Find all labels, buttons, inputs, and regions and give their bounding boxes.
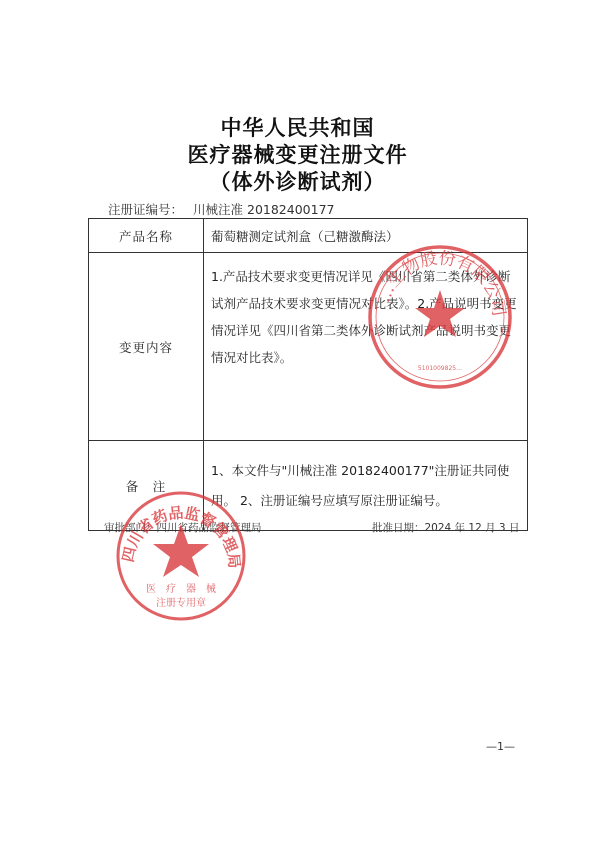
remarks-value: 1、本文件与"川械注准 20182400177"注册证共同使用。 2、注册证编号…	[204, 441, 528, 531]
title-country: 中华人民共和国	[0, 112, 595, 142]
table-row-product-name: 产品名称 葡萄糖测定试剂盒（己糖激酶法）	[89, 219, 528, 253]
change-content-label: 变更内容	[89, 253, 204, 441]
product-name-label: 产品名称	[89, 219, 204, 253]
table-row-change-content: 变更内容 1.产品技术要求变更情况详见《四川省第二类体外诊断试剂产品技术要求变更…	[89, 253, 528, 441]
bureau-seal-line1: 医 疗 器 械	[146, 582, 216, 595]
registration-value: 川械注准 20182400177	[193, 202, 334, 217]
approval-date: 批准日期：2024 年 12 月 3 日	[372, 520, 519, 535]
change-registration-table: 产品名称 葡萄糖测定试剂盒（己糖激酶法） 变更内容 1.产品技术要求变更情况详见…	[88, 218, 528, 531]
remarks-label: 备 注	[89, 441, 204, 531]
change-content-value: 1.产品技术要求变更情况详见《四川省第二类体外诊断试剂产品技术要求变更情况对比表…	[204, 253, 528, 441]
bureau-seal-line2: 注册专用章	[156, 596, 206, 609]
page-number: —1—	[486, 740, 515, 753]
registration-label: 注册证编号：	[108, 202, 183, 217]
title-document: 医疗器械变更注册文件	[0, 139, 595, 169]
registration-number-line: 注册证编号：川械注准 20182400177	[108, 200, 344, 218]
approving-authority: 审批部门：四川省药品监督管理局	[104, 520, 262, 535]
title-category: （体外诊断试剂）	[0, 166, 595, 196]
product-name-value: 葡萄糖测定试剂盒（己糖激酶法）	[204, 219, 528, 253]
table-row-remarks: 备 注 1、本文件与"川械注准 20182400177"注册证共同使用。 2、注…	[89, 441, 528, 531]
